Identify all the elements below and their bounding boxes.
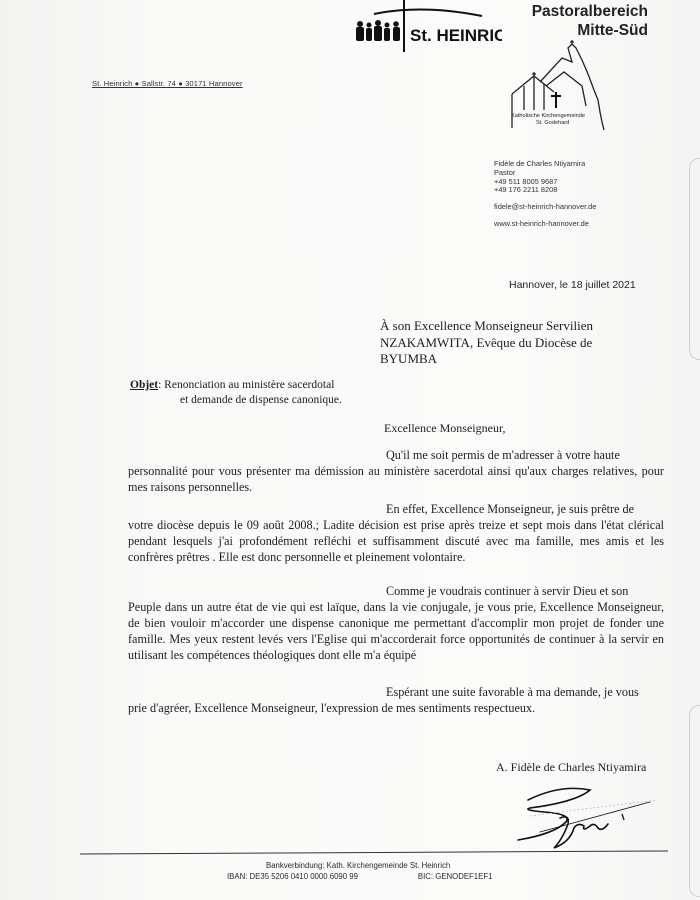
pastoral-area-heading: Pastoralbereich Mitte-Süd (496, 2, 648, 40)
church-logo: Katholische Kirchengemeinde St. Godehard (506, 40, 616, 132)
contact-block: Fidèle de Charles Ntiyamira Pastor +49 5… (494, 160, 596, 229)
subject-line-2: et demande de dispense canonique. (130, 393, 342, 408)
paragraph-text: Peuple dans un autre état de vie qui est… (128, 600, 664, 662)
st-heinrich-logo: St. HEINRICH (352, 0, 502, 52)
paragraph-text: votre diocèse depuis le 09 août 2008.; L… (128, 518, 664, 564)
paragraph-first-line: Comme je voudrais continuer à servir Die… (128, 583, 664, 599)
date-line: Hannover, le 18 juillet 2021 (509, 279, 636, 291)
contact-email: fidele@st-heinrich-hannover.de (494, 203, 596, 212)
screen-edge-artifact (689, 705, 700, 897)
paragraph-first-line: En effet, Excellence Monseigneur, je sui… (128, 501, 664, 517)
signer-name: A. Fidèle de Charles Ntiyamira (496, 760, 646, 775)
svg-text:St. HEINRICH: St. HEINRICH (410, 26, 502, 45)
bic: BIC: GENODEF1EF1 (418, 872, 493, 881)
svg-text:Katholische Kirchengemeinde: Katholische Kirchengemeinde (511, 113, 585, 119)
contact-website: www.st-heinrich-hannover.de (494, 220, 596, 229)
pastoral-area-line2: Mitte-Süd (496, 21, 648, 40)
pastoral-area-line1: Pastoralbereich (496, 2, 648, 21)
recipient-address: À son Excellence Monseigneur Servilien N… (380, 318, 680, 368)
paragraph-text: personnalité pour vous présenter ma démi… (128, 464, 664, 494)
recipient-line-1: À son Excellence Monseigneur Servilien (380, 318, 680, 335)
paragraph-first-line: Espérant une suite favorable à ma demand… (128, 684, 664, 700)
paragraph-first-line: Qu'il me soit permis de m'adresser à vot… (128, 447, 664, 463)
screen-edge-artifact (689, 158, 700, 360)
bank-details: Bankverbindung: Kath. Kirchengemeinde St… (266, 861, 450, 870)
subject-block: Objet: Renonciation au ministère sacerdo… (130, 378, 342, 407)
bank-account: IBAN: DE35 5206 0410 0000 6090 99BIC: GE… (227, 872, 492, 881)
body-paragraph: En effet, Excellence Monseigneur, je sui… (128, 501, 664, 565)
recipient-line-2: NZAKAMWITA, Evêque du Diocèse de (380, 335, 680, 352)
handwritten-signature (510, 778, 660, 850)
salutation: Excellence Monseigneur, (384, 421, 505, 436)
subject-line-1: : Renonciation au ministère sacerdotal (158, 379, 334, 391)
body-paragraph: Qu'il me soit permis de m'adresser à vot… (128, 447, 664, 495)
iban: IBAN: DE35 5206 0410 0000 6090 99 (227, 872, 358, 881)
sender-address: St. Heinrich ● Sallstr. 74 ● 30171 Hanno… (92, 79, 243, 88)
subject-label: Objet (130, 379, 158, 391)
recipient-line-3: BYUMBA (380, 351, 680, 368)
paragraph-text: prie d'agréer, Excellence Monseigneur, l… (128, 701, 535, 715)
body-paragraph: Espérant une suite favorable à ma demand… (128, 684, 664, 716)
body-paragraph: Comme je voudrais continuer à servir Die… (128, 583, 664, 663)
contact-phone-2: +49 176 2211 8208 (494, 186, 596, 195)
svg-text:St. Godehard: St. Godehard (536, 120, 569, 126)
